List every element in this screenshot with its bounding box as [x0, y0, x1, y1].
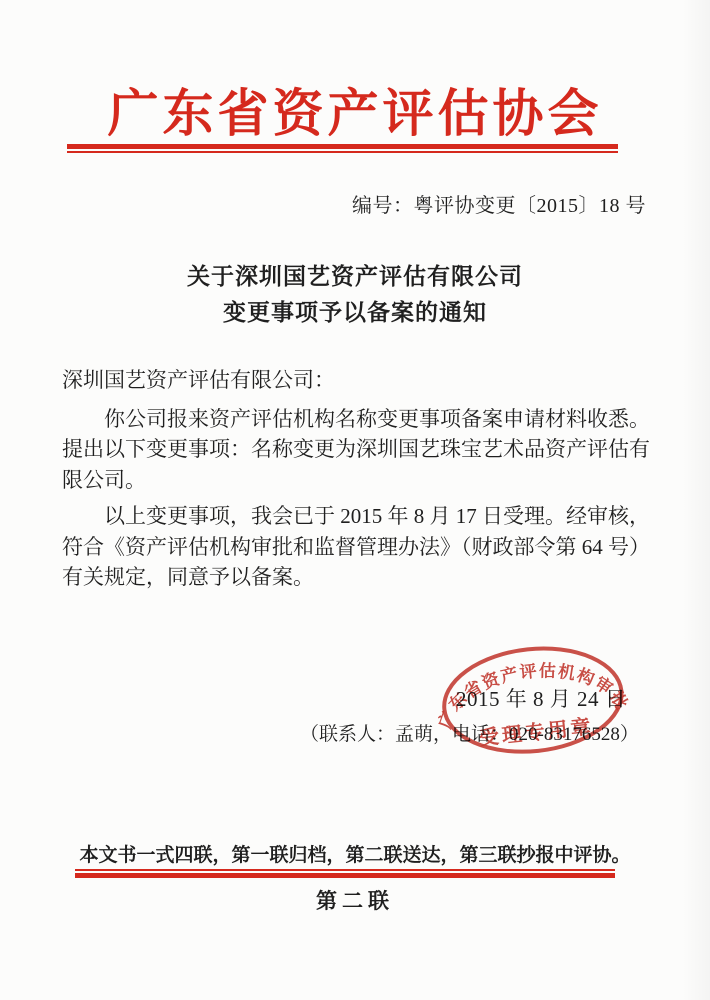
salutation: 深圳国艺资产评估有限公司： — [62, 365, 650, 396]
doc-title: 关于深圳国艺资产评估有限公司 变更事项予以备案的通知 — [0, 258, 710, 330]
copy-label: 第二联 — [70, 885, 640, 915]
doc-number: 编号：粤评协变更〔2015〕18 号 — [352, 189, 646, 218]
body-paragraph-2: 以上变更事项，我会已于 2015 年 8 月 17 日受理。经审核，符合《资产评… — [62, 501, 650, 593]
doc-body: 深圳国艺资产评估有限公司： 你公司报来资产评估机构名称变更事项备案申请材料收悉。… — [62, 365, 650, 599]
distribution-note: 本文书一式四联，第一联归档，第二联送达，第三联抄报中评协。 — [70, 840, 640, 867]
seal-center-text: 受理专用章 — [478, 714, 595, 750]
document-page: 广东省资产评估协会 编号：粤评协变更〔2015〕18 号 关于深圳国艺资产评估有… — [0, 0, 710, 1000]
body-paragraph-1: 你公司报来资产评估机构名称变更事项备案申请材料收悉。提出以下变更事项：名称变更为… — [62, 404, 650, 496]
official-seal-stamp: 广东省资产评估机构审批 受理专用章 — [428, 626, 640, 776]
doc-title-line2: 变更事项予以备案的通知 — [0, 294, 710, 330]
doc-title-line1: 关于深圳国艺资产评估有限公司 — [0, 258, 710, 294]
letterhead-divider-rule — [67, 144, 618, 153]
letterhead-org-name: 广东省资产评估协会 — [0, 72, 710, 146]
footer-divider-rule — [75, 869, 615, 878]
